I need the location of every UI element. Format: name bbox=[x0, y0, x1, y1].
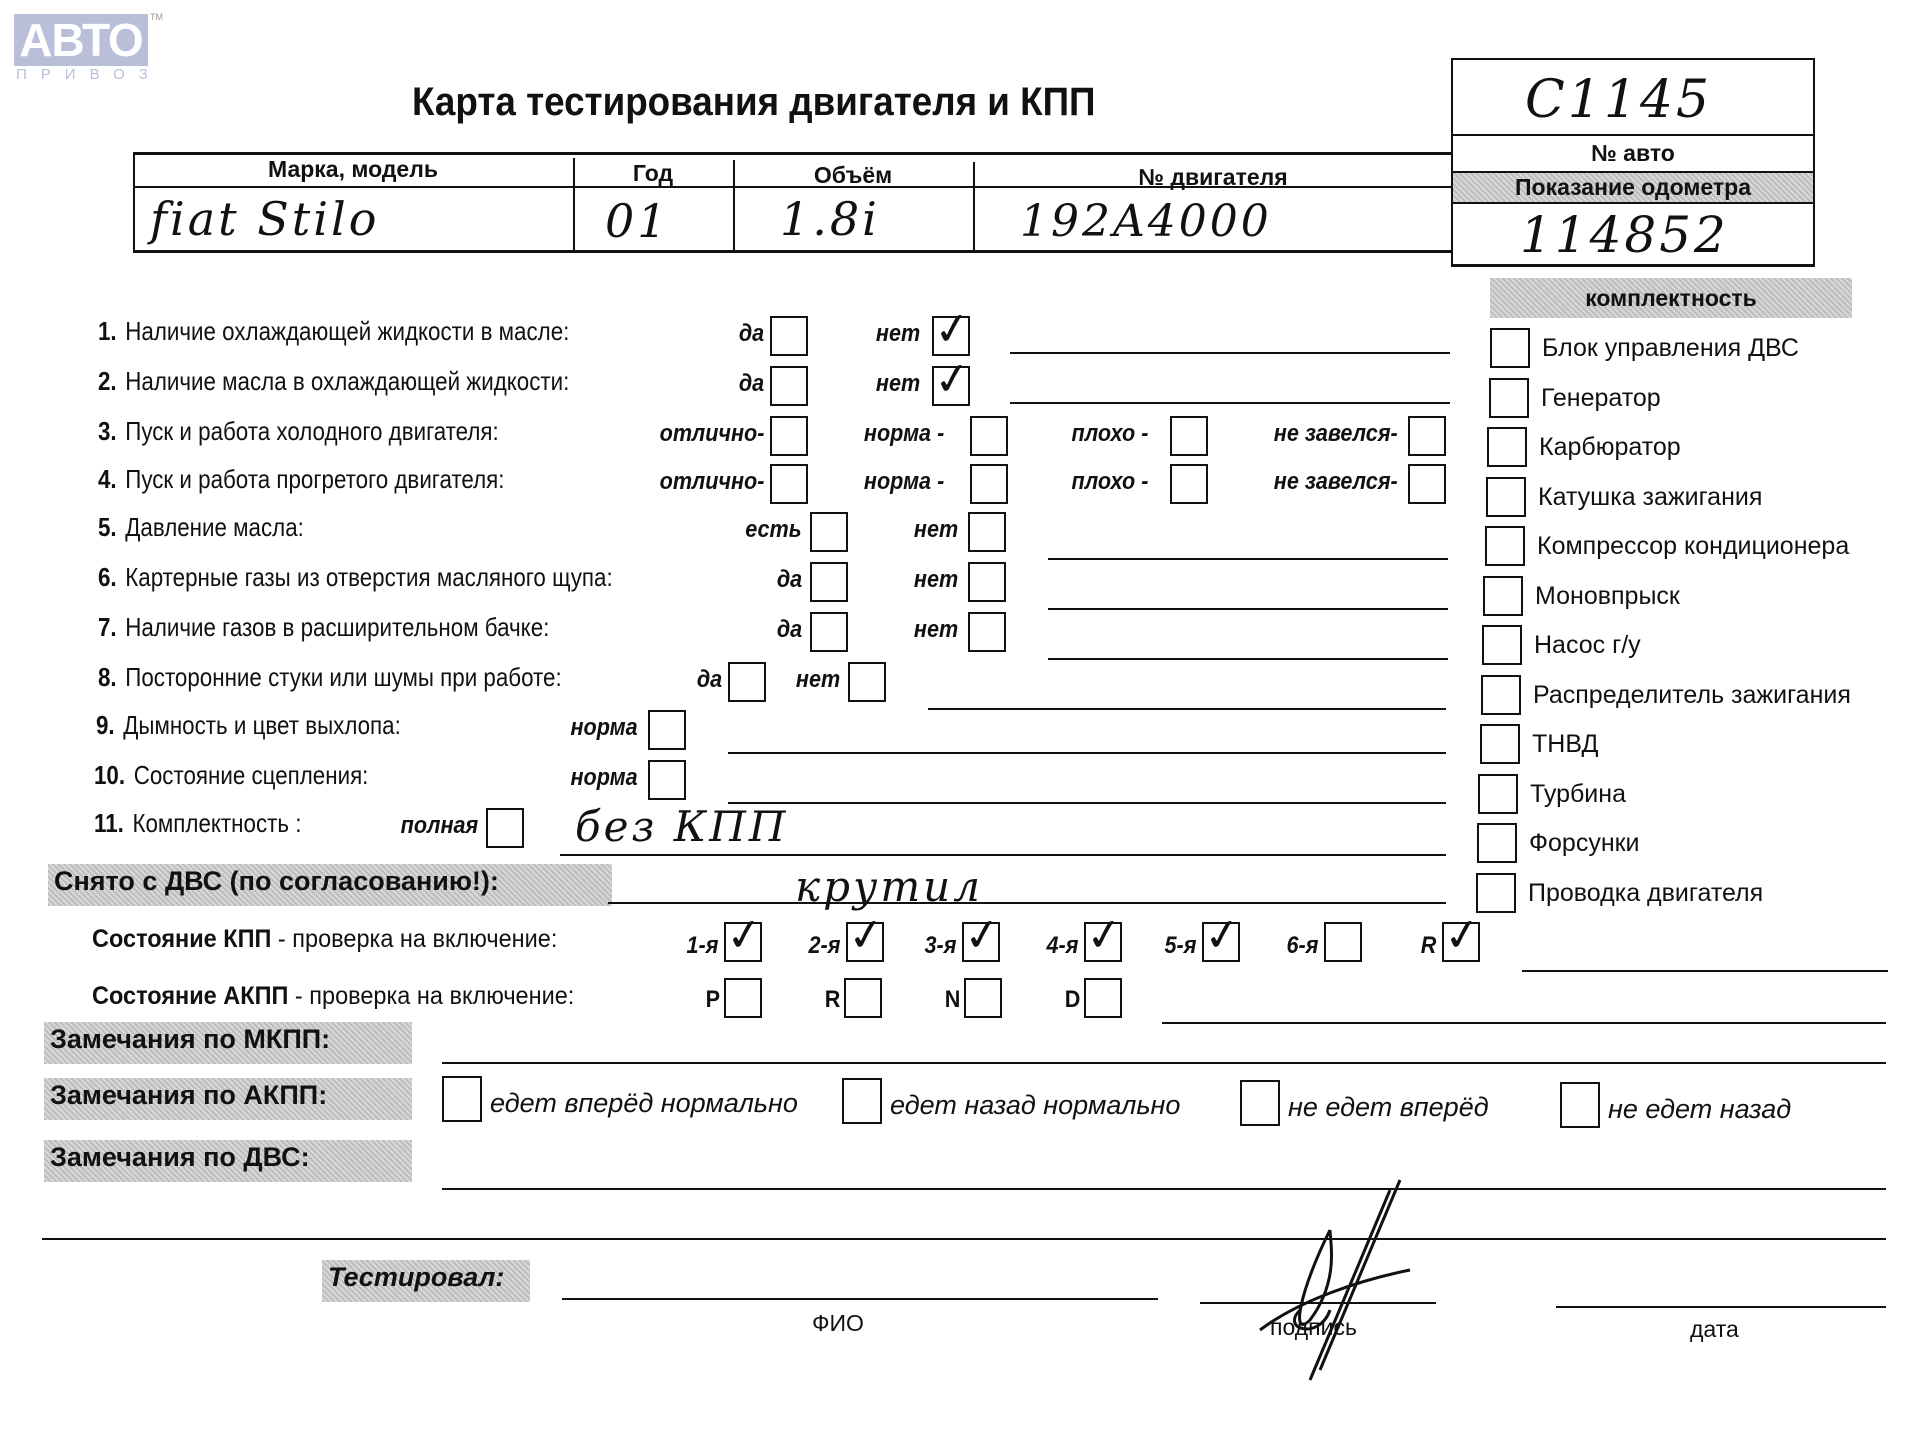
auto-gear-checkbox-1[interactable] bbox=[724, 978, 762, 1018]
checkbox-q3-opt2[interactable] bbox=[970, 416, 1008, 456]
check-mark-icon: ✓ bbox=[961, 914, 1003, 959]
question-number: 11. bbox=[94, 808, 124, 838]
gear-label: 4-я bbox=[1046, 932, 1078, 960]
question-9: 9.Дымность и цвет выхлопа: bbox=[96, 710, 401, 741]
gear-label: 2-я bbox=[808, 932, 840, 960]
question-number: 9. bbox=[96, 710, 115, 740]
option-label: плохо - bbox=[1071, 420, 1148, 448]
completeness-checkbox-9[interactable] bbox=[1480, 724, 1520, 764]
option-label: нет bbox=[914, 566, 958, 594]
col-header-engine-no: № двигателя bbox=[975, 164, 1451, 191]
option-label: норма bbox=[571, 764, 638, 792]
completeness-checkbox-11[interactable] bbox=[1477, 823, 1517, 863]
auto-gear-label: P bbox=[706, 986, 720, 1014]
checkbox-q5-opt1[interactable] bbox=[810, 512, 848, 552]
question-number: 7. bbox=[98, 612, 117, 642]
completeness-checkbox-5[interactable] bbox=[1485, 526, 1525, 566]
gear-label: 5-я bbox=[1164, 932, 1196, 960]
checkbox-q3-opt4[interactable] bbox=[1408, 416, 1446, 456]
checkbox-q3-opt3[interactable] bbox=[1170, 416, 1208, 456]
question-number: 1. bbox=[98, 316, 117, 346]
odometer-label: Показание одометра bbox=[1453, 174, 1813, 201]
gear-checkbox-6[interactable] bbox=[1324, 922, 1362, 962]
question-number: 10. bbox=[94, 760, 125, 790]
question-text: Комплектность : bbox=[132, 808, 301, 838]
question-text: Давление масла: bbox=[125, 512, 304, 542]
question-11: 11.Комплектность : bbox=[94, 808, 301, 839]
check-mark-icon: ✓ bbox=[1083, 914, 1125, 959]
auto-gear-label: D bbox=[1064, 986, 1080, 1014]
option-label: отлично- bbox=[659, 468, 764, 496]
make-model-value[interactable]: fiat Stilo bbox=[150, 192, 379, 246]
question-number: 4. bbox=[98, 464, 117, 494]
car-number-value[interactable]: C1145 bbox=[1525, 70, 1712, 130]
completeness-item-label: Компрессор кондиционера bbox=[1537, 532, 1849, 561]
question-text: Наличие масла в охлаждающей жидкости: bbox=[125, 366, 569, 396]
question-text: Пуск и работа холодного двигателя: bbox=[125, 416, 498, 446]
completeness-checkbox-4[interactable] bbox=[1486, 477, 1526, 517]
completeness-item-label: ТНВД bbox=[1532, 730, 1598, 759]
checkbox-q8-opt2[interactable] bbox=[848, 662, 886, 702]
remarks-dvs-label: Замечания по ДВС: bbox=[44, 1140, 412, 1182]
question-6: 6.Картерные газы из отверстия масляного … bbox=[98, 562, 613, 593]
akpp-remark-checkbox-4[interactable] bbox=[1560, 1082, 1600, 1128]
completeness-item-label: Турбина bbox=[1530, 780, 1626, 809]
checkbox-q4-opt2[interactable] bbox=[970, 464, 1008, 504]
question-4: 4.Пуск и работа прогретого двигателя: bbox=[98, 464, 504, 495]
auto-gear-checkbox-2[interactable] bbox=[844, 978, 882, 1018]
akpp-remark-checkbox-3[interactable] bbox=[1240, 1080, 1280, 1126]
logo-subtitle: ПРИВОЗ bbox=[16, 66, 162, 83]
completeness-item-label: Генератор bbox=[1541, 384, 1661, 413]
akpp-remark-checkbox-1[interactable] bbox=[442, 1076, 482, 1122]
check-mark-icon: ✓ bbox=[845, 914, 887, 959]
check-mark-icon: ✓ bbox=[723, 914, 765, 959]
completeness-checkbox-1[interactable] bbox=[1490, 328, 1530, 368]
checkbox-q7-opt2[interactable] bbox=[968, 612, 1006, 652]
checkbox-q4-opt4[interactable] bbox=[1408, 464, 1446, 504]
checkbox-q1-opt1[interactable] bbox=[770, 316, 808, 356]
manual-gearbox-label: Состояние КПП - проверка на включение: bbox=[92, 925, 557, 954]
question-text: Дымность и цвет выхлопа: bbox=[123, 710, 401, 740]
option-label: нет bbox=[876, 320, 920, 348]
auto-gearbox-label-rest: - проверка на включение: bbox=[288, 982, 574, 1010]
option-label: норма - bbox=[864, 468, 944, 496]
checkbox-q4-opt3[interactable] bbox=[1170, 464, 1208, 504]
manual-gearbox-label-rest: - проверка на включение: bbox=[271, 925, 557, 953]
auto-gear-label: N bbox=[944, 986, 960, 1014]
akpp-remark-label: едет вперёд нормально bbox=[490, 1088, 798, 1119]
remarks-akpp-label: Замечания по АКПП: bbox=[44, 1078, 412, 1120]
checkbox-q11-opt1[interactable] bbox=[486, 808, 524, 848]
option-label: не завелся- bbox=[1274, 420, 1398, 448]
gear-label: 1-я bbox=[686, 932, 718, 960]
completeness-checkbox-6[interactable] bbox=[1483, 576, 1523, 616]
logo-trademark: TM bbox=[150, 12, 163, 22]
completeness-checkbox-8[interactable] bbox=[1481, 675, 1521, 715]
akpp-remark-label: едет назад нормально bbox=[890, 1090, 1180, 1121]
checkbox-q8-opt1[interactable] bbox=[728, 662, 766, 702]
manual-gearbox-label-bold: Состояние КПП bbox=[92, 925, 271, 953]
checkbox-q5-opt2[interactable] bbox=[968, 512, 1006, 552]
question-7: 7.Наличие газов в расширительном бачке: bbox=[98, 612, 549, 643]
auto-gear-label: R bbox=[824, 986, 840, 1014]
question-2: 2.Наличие масла в охлаждающей жидкости: bbox=[98, 366, 569, 397]
date-caption: дата bbox=[1690, 1316, 1739, 1343]
col-header-make-model: Марка, модель bbox=[135, 156, 571, 183]
option-label: полная bbox=[400, 812, 478, 840]
checkbox-q6-opt2[interactable] bbox=[968, 562, 1006, 602]
completeness-item-label: Насос г/у bbox=[1534, 631, 1641, 660]
option-label: да bbox=[697, 666, 722, 694]
akpp-remark-checkbox-2[interactable] bbox=[842, 1078, 882, 1124]
option-label: нет bbox=[914, 616, 958, 644]
option-label: да bbox=[739, 320, 764, 348]
checkbox-q4-opt1[interactable] bbox=[770, 464, 808, 504]
checkbox-q6-opt1[interactable] bbox=[810, 562, 848, 602]
question-10: 10.Состояние сцепления: bbox=[94, 760, 368, 791]
question-5: 5.Давление масла: bbox=[98, 512, 304, 543]
checkbox-q9-opt1[interactable] bbox=[648, 710, 686, 750]
question-1: 1.Наличие охлаждающей жидкости в масле: bbox=[98, 316, 569, 347]
removed-from-engine-label: Снято с ДВС (по согласованию!): bbox=[48, 864, 612, 906]
akpp-remark-label: не едет назад bbox=[1608, 1094, 1791, 1125]
engine-no-value[interactable]: 192A4000 bbox=[1020, 196, 1272, 247]
completeness-checkbox-3[interactable] bbox=[1487, 427, 1527, 467]
completeness-item-label: Проводка двигателя bbox=[1528, 879, 1763, 908]
completeness-header: комплектность bbox=[1490, 278, 1852, 318]
check-mark-icon: ✓ bbox=[1201, 914, 1243, 959]
auto-gearbox-label: Состояние АКПП - проверка на включение: bbox=[92, 982, 574, 1011]
gear-label: R bbox=[1420, 932, 1436, 960]
akpp-remark-label: не едет вперёд bbox=[1288, 1092, 1489, 1123]
completeness-checkbox-7[interactable] bbox=[1482, 625, 1522, 665]
question-text: Посторонние стуки или шумы при работе: bbox=[125, 662, 561, 692]
gear-label: 3-я bbox=[924, 932, 956, 960]
auto-gearbox-label-bold: Состояние АКПП bbox=[92, 982, 288, 1010]
fio-caption: ФИО bbox=[812, 1310, 864, 1337]
option-label: есть bbox=[746, 516, 802, 544]
completeness-item-label: Форсунки bbox=[1529, 829, 1640, 858]
auto-gear-checkbox-3[interactable] bbox=[964, 978, 1002, 1018]
option-label: норма bbox=[571, 714, 638, 742]
question-3: 3.Пуск и работа холодного двигателя: bbox=[98, 416, 499, 447]
option-label: нет bbox=[914, 516, 958, 544]
option-label: не завелся- bbox=[1274, 468, 1398, 496]
question-8: 8.Посторонние стуки или шумы при работе: bbox=[98, 662, 562, 693]
completeness-item-label: Катушка зажигания bbox=[1538, 483, 1762, 512]
question-text: Картерные газы из отверстия масляного щу… bbox=[125, 562, 612, 592]
question-number: 5. bbox=[98, 512, 117, 542]
question-number: 8. bbox=[98, 662, 117, 692]
completeness-item-label: Карбюратор bbox=[1539, 433, 1681, 462]
gear-label: 6-я bbox=[1286, 932, 1318, 960]
completeness-note[interactable]: без КПП bbox=[575, 802, 789, 851]
checkbox-q3-opt1[interactable] bbox=[770, 416, 808, 456]
car-number-label: № авто bbox=[1453, 140, 1813, 167]
option-label: нет bbox=[796, 666, 840, 694]
signature-scribble bbox=[1240, 1170, 1440, 1400]
completeness-checkbox-2[interactable] bbox=[1489, 378, 1529, 418]
completeness-checkbox-12[interactable] bbox=[1476, 873, 1516, 913]
question-text: Состояние сцепления: bbox=[134, 760, 369, 790]
question-text: Наличие газов в расширительном бачке: bbox=[125, 612, 549, 642]
option-label: отлично- bbox=[659, 420, 764, 448]
completeness-checkbox-10[interactable] bbox=[1478, 774, 1518, 814]
check-mark-icon: ✓ bbox=[931, 358, 973, 403]
option-label: норма - bbox=[864, 420, 944, 448]
auto-gear-checkbox-4[interactable] bbox=[1084, 978, 1122, 1018]
completeness-item-label: Блок управления ДВС bbox=[1542, 334, 1799, 363]
completeness-item-label: Распределитель зажигания bbox=[1533, 681, 1851, 710]
option-label: плохо - bbox=[1071, 468, 1148, 496]
year-value[interactable]: 01 bbox=[605, 194, 670, 248]
avto-privoz-logo: АВТО bbox=[14, 14, 148, 66]
option-label: да bbox=[777, 566, 802, 594]
removed-note[interactable]: крутил bbox=[795, 862, 983, 911]
option-label: да bbox=[777, 616, 802, 644]
odometer-value[interactable]: 114852 bbox=[1520, 206, 1729, 264]
completeness-item-label: Моновпрыск bbox=[1535, 582, 1680, 611]
question-number: 2. bbox=[98, 366, 117, 396]
check-mark-icon: ✓ bbox=[1441, 914, 1483, 959]
question-number: 6. bbox=[98, 562, 117, 592]
question-text: Наличие охлаждающей жидкости в масле: bbox=[125, 316, 569, 346]
tested-by-label: Тестировал: bbox=[322, 1260, 530, 1302]
page-title: Карта тестирования двигателя и КПП bbox=[412, 80, 1095, 125]
col-header-volume: Объём bbox=[735, 162, 971, 189]
checkbox-q10-opt1[interactable] bbox=[648, 760, 686, 800]
option-label: нет bbox=[876, 370, 920, 398]
option-label: да bbox=[739, 370, 764, 398]
question-text: Пуск и работа прогретого двигателя: bbox=[125, 464, 504, 494]
col-header-year: Год bbox=[575, 160, 731, 187]
volume-value[interactable]: 1.8i bbox=[780, 192, 880, 246]
remarks-mkpp-label: Замечания по МКПП: bbox=[44, 1022, 412, 1064]
checkbox-q2-opt1[interactable] bbox=[770, 366, 808, 406]
question-number: 3. bbox=[98, 416, 117, 446]
checkbox-q7-opt1[interactable] bbox=[810, 612, 848, 652]
check-mark-icon: ✓ bbox=[931, 308, 973, 353]
